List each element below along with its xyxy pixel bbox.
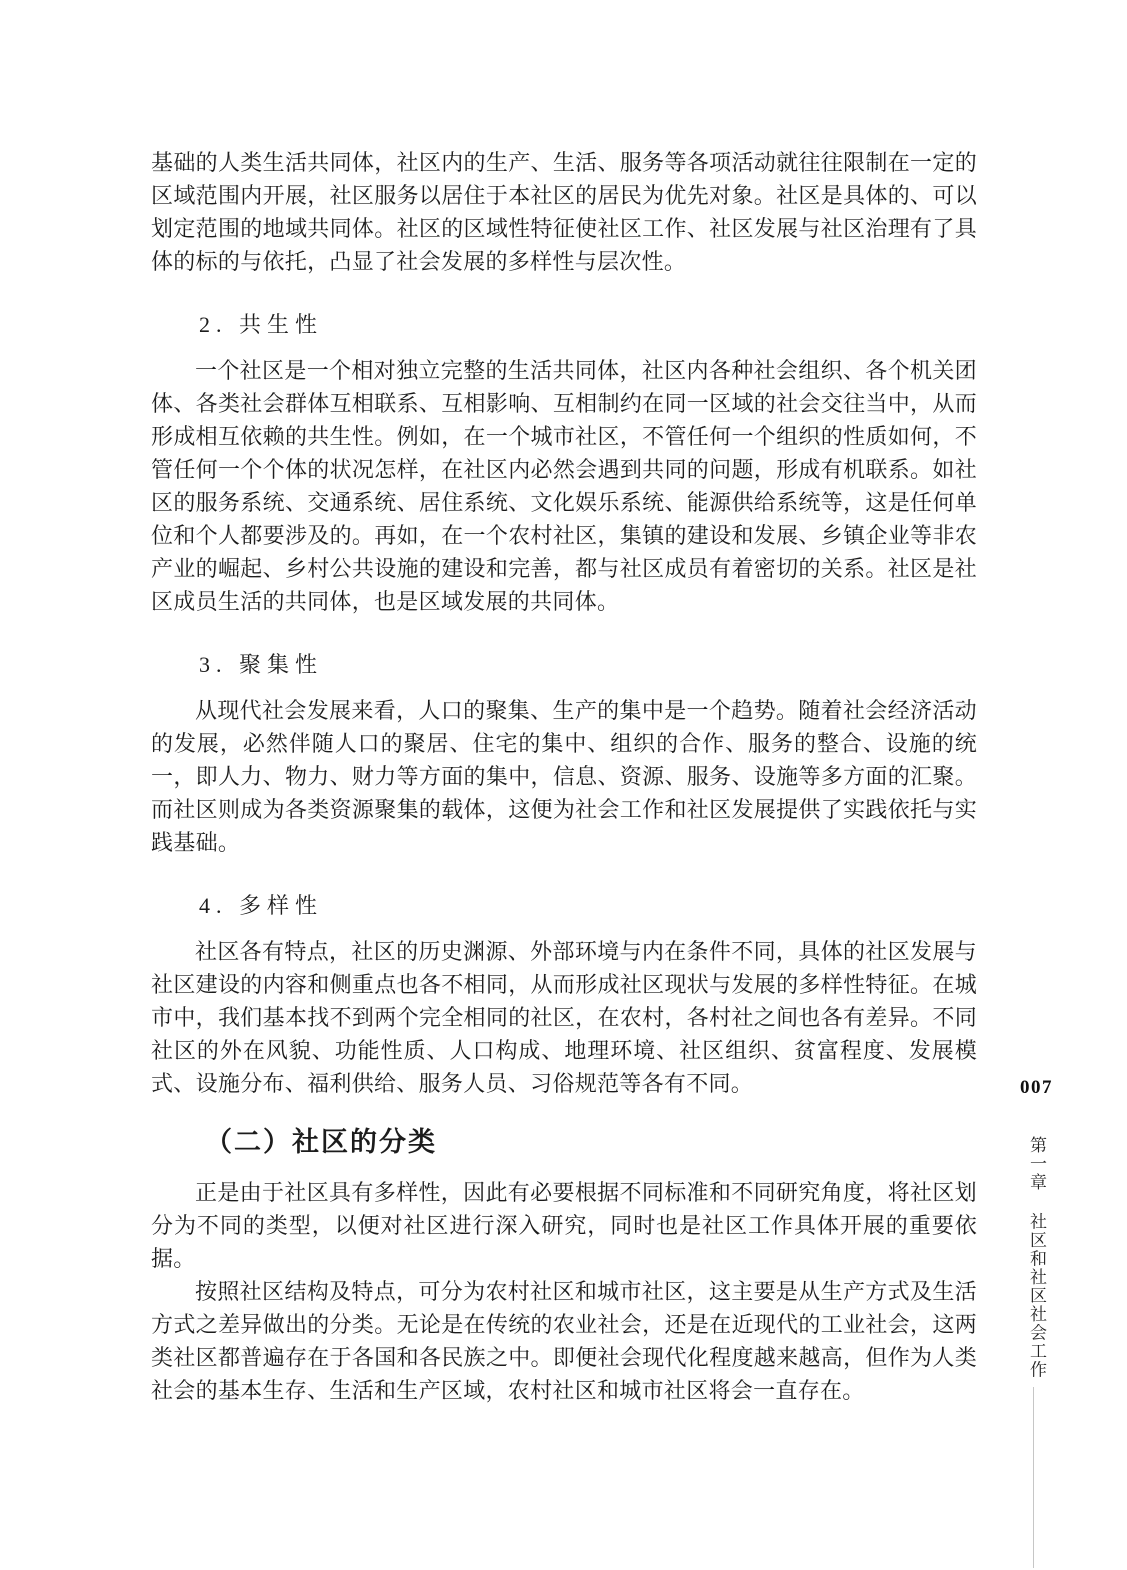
classification-paragraph-1: 正是由于社区具有多样性，因此有必要根据不同标准和不同研究角度，将社区划分为不同的… [151,1176,977,1275]
section-heading-diversity: 4. 多样性 [151,889,977,922]
section-paragraph-diversity: 社区各有特点，社区的历史渊源、外部环境与内在条件不同，具体的社区发展与社区建设的… [151,935,977,1100]
section-heading-symbiosis: 2. 共生性 [151,308,977,341]
subsection-heading-classification: （二）社区的分类 [151,1123,977,1161]
main-text-column: 基础的人类生活共同体，社区内的生产、生活、服务等各项活动就往往限制在一定的区域范… [151,146,977,1407]
chapter-marker: 第一章社区和社区社会工作 [1024,1136,1049,1436]
book-page: 基础的人类生活共同体，社区内的生产、生活、服务等各项活动就往往限制在一定的区域范… [0,0,1127,1570]
chapter-title: 社区和社区社会工作 [1027,1213,1046,1380]
intro-paragraph: 基础的人类生活共同体，社区内的生产、生活、服务等各项活动就往往限制在一定的区域范… [151,146,977,278]
section-paragraph-aggregation: 从现代社会发展来看，人口的聚集、生产的集中是一个趋势。随着社会经济活动的发展，必… [151,694,977,859]
margin-rule-line [1033,1387,1034,1568]
chapter-label: 第一章 [1027,1136,1046,1192]
section-paragraph-symbiosis: 一个社区是一个相对独立完整的生活共同体，社区内各种社会组织、各个机关团体、各类社… [151,354,977,618]
page-number: 007 [1020,1077,1053,1099]
section-heading-aggregation: 3. 聚集性 [151,648,977,681]
classification-paragraph-2: 按照社区结构及特点，可分为农村社区和城市社区，这主要是从生产方式及生活方式之差异… [151,1275,977,1407]
